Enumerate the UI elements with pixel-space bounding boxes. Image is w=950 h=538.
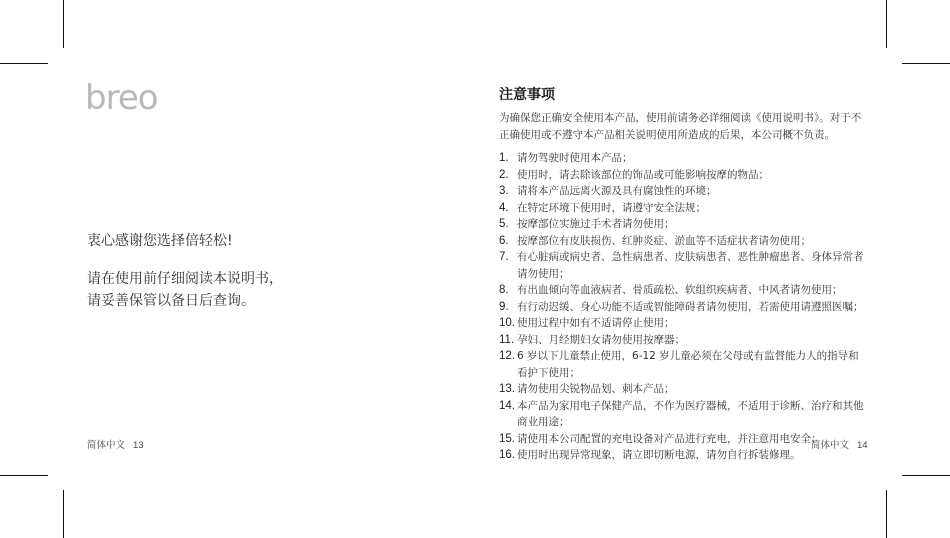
list-item: 13.请勿使用尖锐物品划、刺本产品；: [499, 381, 869, 398]
item-text: 有心脏病或病史者、急性病患者、皮肤病患者、恶性肿瘤患者、身体异常者请勿使用；: [517, 249, 869, 282]
list-item: 11.孕妇、月经期妇女请勿使用按摩器；: [499, 332, 869, 349]
item-text: 按摩部位有皮肤损伤、红肿炎症、淤血等不适症状者请勿使用；: [517, 233, 869, 250]
item-number: 16.: [499, 447, 517, 464]
item-number: 8.: [499, 282, 517, 299]
crop-mark-bottom-right-vertical: [886, 490, 887, 538]
list-item: 6.按摩部位有皮肤损伤、红肿炎症、淤血等不适症状者请勿使用；: [499, 233, 869, 250]
crop-mark-top-left-horizontal: [0, 63, 48, 64]
crop-mark-top-right-vertical: [886, 0, 887, 48]
list-item: 2.使用时，请去除该部位的饰品或可能影响按摩的物品；: [499, 167, 869, 184]
item-text: 6 岁以下儿童禁止使用，6-12 岁儿童必须在父母或有监督能力人的指导和看护下使…: [517, 348, 869, 381]
item-text: 使用过程中如有不适请停止使用；: [517, 315, 869, 332]
right-page-footer: 简体中文14: [811, 439, 868, 453]
list-item: 10.使用过程中如有不适请停止使用；: [499, 315, 869, 332]
item-text: 使用时，请去除该部位的饰品或可能影响按摩的物品；: [517, 167, 869, 184]
precautions-list: 1.请勿驾驶时使用本产品； 2.使用时，请去除该部位的饰品或可能影响按摩的物品；…: [499, 150, 869, 464]
item-text: 孕妇、月经期妇女请勿使用按摩器；: [517, 332, 869, 349]
item-text: 有行动迟缓、身心功能不适或智能障碍者请勿使用，若需使用请遵照医嘱；: [517, 299, 869, 316]
item-number: 7.: [499, 249, 517, 282]
reading-instructions: 请在使用前仔细阅读本说明书， 请妥善保管以备日后查询。: [87, 268, 283, 312]
item-number: 5.: [499, 216, 517, 233]
crop-mark-top-right-horizontal: [902, 63, 950, 64]
list-item: 8.有出血倾向等血液病者、骨质疏松、软组织疾病者、中风者请勿使用；: [499, 282, 869, 299]
list-item: 4.在特定环境下使用时，请遵守安全法规；: [499, 200, 869, 217]
item-number: 1.: [499, 150, 517, 167]
left-page-footer: 简体中文13: [87, 439, 144, 453]
crop-mark-bottom-right-horizontal: [902, 475, 950, 476]
item-number: 10.: [499, 315, 517, 332]
item-number: 9.: [499, 299, 517, 316]
page-number: 14: [857, 440, 868, 451]
list-item: 12.6 岁以下儿童禁止使用，6-12 岁儿童必须在父母或有监督能力人的指导和看…: [499, 348, 869, 381]
item-number: 13.: [499, 381, 517, 398]
thanks-message: 衷心感谢您选择倍轻松!: [87, 232, 233, 250]
item-text: 按摩部位实施过手术者请勿使用；: [517, 216, 869, 233]
instruction-line: 请妥善保管以备日后查询。: [87, 290, 283, 312]
crop-mark-bottom-left-horizontal: [0, 475, 48, 476]
item-number: 6.: [499, 233, 517, 250]
crop-mark-bottom-left-vertical: [63, 490, 64, 538]
item-number: 3.: [499, 183, 517, 200]
section-title: 注意事项: [499, 86, 869, 104]
footer-language: 简体中文: [87, 440, 125, 451]
item-number: 2.: [499, 167, 517, 184]
breo-logo: breo: [85, 80, 158, 116]
item-text: 有出血倾向等血液病者、骨质疏松、软组织疾病者、中风者请勿使用；: [517, 282, 869, 299]
list-item: 3.请将本产品远离火源及具有腐蚀性的环境；: [499, 183, 869, 200]
list-item: 1.请勿驾驶时使用本产品；: [499, 150, 869, 167]
precautions-section: 注意事项 为确保您正确安全使用本产品，使用前请务必详细阅读《使用说明书》。对于不…: [499, 86, 869, 464]
list-item: 14.本产品为家用电子保健产品，不作为医疗器械，不适用于诊断、治疗和其他商业用途…: [499, 398, 869, 431]
item-number: 12.: [499, 348, 517, 381]
item-text: 在特定环境下使用时，请遵守安全法规；: [517, 200, 869, 217]
list-item: 7.有心脏病或病史者、急性病患者、皮肤病患者、恶性肿瘤患者、身体异常者请勿使用；: [499, 249, 869, 282]
item-text: 请勿驾驶时使用本产品；: [517, 150, 869, 167]
list-item: 5.按摩部位实施过手术者请勿使用；: [499, 216, 869, 233]
list-item: 9.有行动迟缓、身心功能不适或智能障碍者请勿使用，若需使用请遵照医嘱；: [499, 299, 869, 316]
item-text: 请勿使用尖锐物品划、刺本产品；: [517, 381, 869, 398]
crop-mark-top-left-vertical: [63, 0, 64, 48]
item-text: 请将本产品远离火源及具有腐蚀性的环境；: [517, 183, 869, 200]
instruction-line: 请在使用前仔细阅读本说明书，: [87, 268, 283, 290]
section-intro: 为确保您正确安全使用本产品，使用前请务必详细阅读《使用说明书》。对于不正确使用或…: [499, 110, 869, 144]
item-number: 15.: [499, 431, 517, 448]
page-number: 13: [133, 440, 144, 451]
item-number: 4.: [499, 200, 517, 217]
item-number: 14.: [499, 398, 517, 431]
footer-language: 简体中文: [811, 440, 849, 451]
item-text: 本产品为家用电子保健产品，不作为医疗器械，不适用于诊断、治疗和其他商业用途；: [517, 398, 869, 431]
item-number: 11.: [499, 332, 517, 349]
